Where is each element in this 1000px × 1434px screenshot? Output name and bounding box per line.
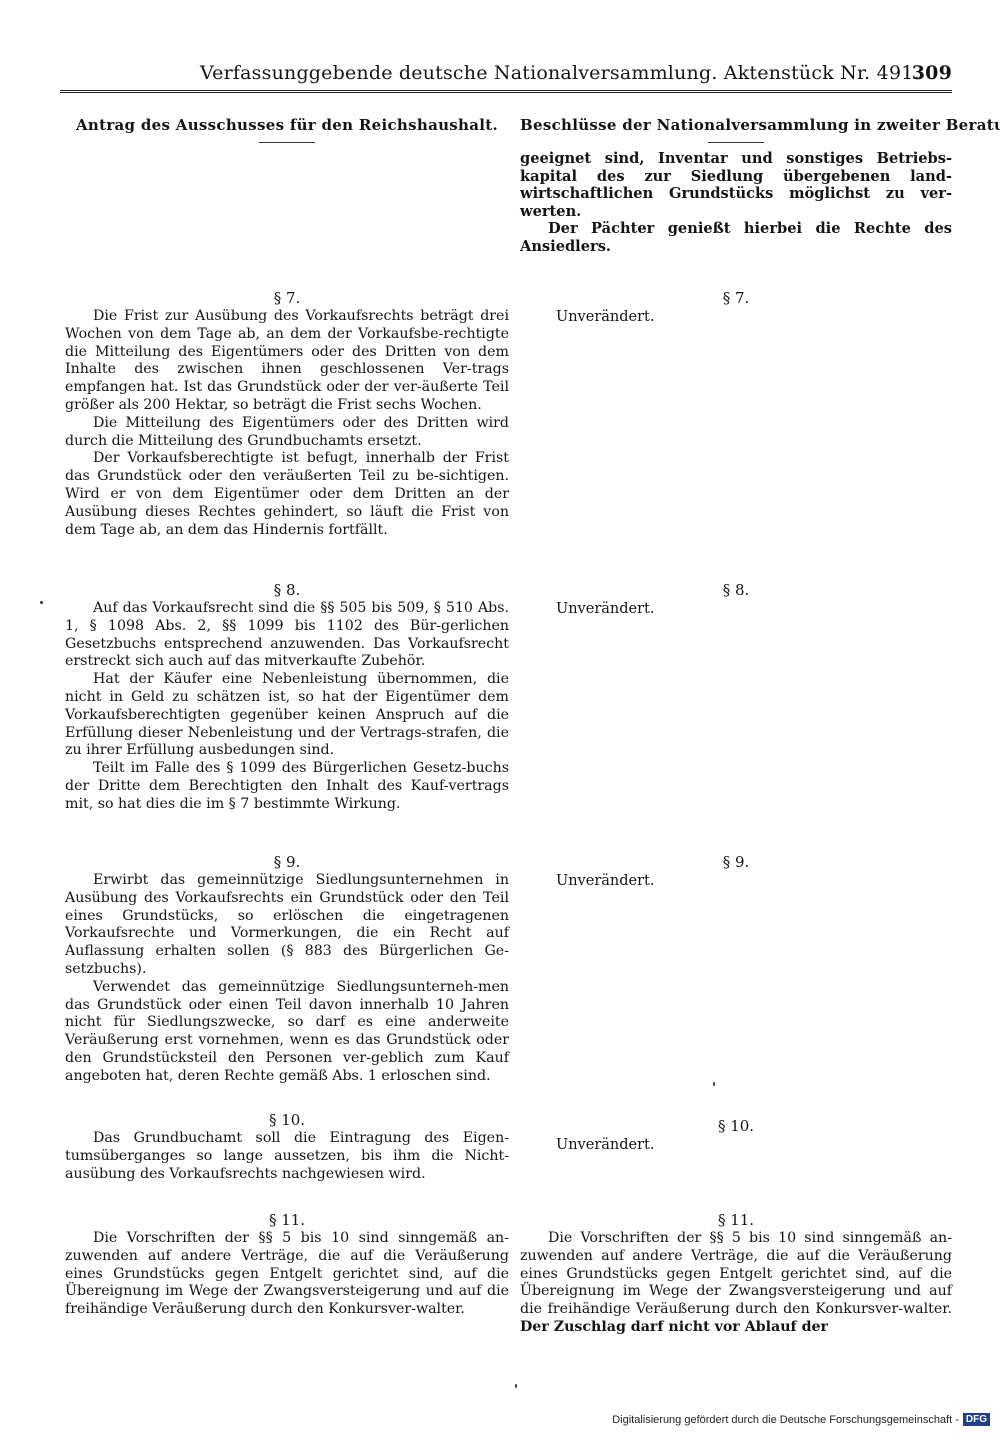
unchanged-note: Unverändert. bbox=[556, 1136, 952, 1154]
section-9-right: § 9. Unverändert. bbox=[520, 852, 952, 890]
paragraph: Teilt im Falle des § 1099 des Bürgerlich… bbox=[65, 760, 509, 813]
header-rule bbox=[60, 90, 952, 95]
paragraph: Auf das Vorkaufsrecht sind die §§ 505 bi… bbox=[65, 600, 509, 671]
section-title: § 9. bbox=[65, 852, 509, 872]
section-8-right: § 8. Unverändert. bbox=[520, 580, 952, 618]
paragraph: Die Vorschriften der §§ 5 bis 10 sind si… bbox=[65, 1230, 509, 1319]
page-number: 309 bbox=[912, 62, 952, 84]
unchanged-note: Unverändert. bbox=[556, 872, 952, 890]
footer-credit: Digitalisierung gefördert durch die Deut… bbox=[612, 1413, 990, 1426]
paragraph: Hat der Käufer eine Nebenleistung überno… bbox=[65, 671, 509, 760]
section-title: § 7. bbox=[520, 288, 952, 308]
scan-speck bbox=[40, 601, 43, 604]
paragraph: Erwirbt das gemeinnützige Siedlungsunter… bbox=[65, 872, 509, 979]
heading-rule bbox=[708, 142, 764, 143]
paragraph: Verwendet das gemeinnützige Siedlungsunt… bbox=[65, 979, 509, 1086]
section-title: § 10. bbox=[65, 1110, 509, 1130]
running-head: Verfassunggebende deutsche Nationalversa… bbox=[200, 62, 952, 88]
section-title: § 11. bbox=[520, 1210, 952, 1230]
section-10-right: § 10. Unverändert. bbox=[520, 1116, 952, 1154]
paragraph: Das Grundbuchamt soll die Eintragung des… bbox=[65, 1130, 509, 1183]
section-title: § 10. bbox=[520, 1116, 952, 1136]
section-8-left: § 8. Auf das Vorkaufsrecht sind die §§ 5… bbox=[65, 580, 509, 814]
section-title: § 8. bbox=[520, 580, 952, 600]
section-title: § 8. bbox=[65, 580, 509, 600]
scan-speck bbox=[713, 1082, 715, 1086]
right-column-heading: Beschlüsse der Nationalversammlung in zw… bbox=[520, 116, 952, 134]
heading-rule bbox=[259, 142, 315, 143]
section-11-left: § 11. Die Vorschriften der §§ 5 bis 10 s… bbox=[65, 1210, 509, 1319]
section-title: § 11. bbox=[65, 1210, 509, 1230]
paragraph: geeignet sind, Inventar und sonstiges Be… bbox=[520, 150, 952, 220]
section-7-right: § 7. Unverändert. bbox=[520, 288, 952, 326]
bold-addition: Der Zuschlag darf nicht vor Ablauf der bbox=[520, 1319, 828, 1335]
section-11-right: § 11. Die Vorschriften der §§ 5 bis 10 s… bbox=[520, 1210, 952, 1337]
scan-speck bbox=[515, 1384, 517, 1388]
paragraph: Die Mitteilung des Eigentümers oder des … bbox=[65, 415, 509, 451]
paragraph: Die Vorschriften der §§ 5 bis 10 sind si… bbox=[520, 1230, 952, 1337]
carryover-text: geeignet sind, Inventar und sonstiges Be… bbox=[520, 150, 952, 255]
dfg-logo: DFG bbox=[963, 1413, 990, 1426]
section-title: § 9. bbox=[520, 852, 952, 872]
section-9-left: § 9. Erwirbt das gemeinnützige Siedlungs… bbox=[65, 852, 509, 1086]
unchanged-note: Unverändert. bbox=[556, 308, 952, 326]
running-title: Verfassunggebende deutsche Nationalversa… bbox=[200, 62, 920, 84]
left-column-heading: Antrag des Ausschusses für den Reichshau… bbox=[65, 116, 509, 134]
section-10-left: § 10. Das Grundbuchamt soll die Eintragu… bbox=[65, 1110, 509, 1183]
credit-text: Digitalisierung gefördert durch die Deut… bbox=[612, 1414, 959, 1426]
paragraph: Der Vorkaufsberechtigte ist befugt, inne… bbox=[65, 450, 509, 539]
section-title: § 7. bbox=[65, 288, 509, 308]
left-column: Antrag des Ausschusses für den Reichshau… bbox=[65, 110, 509, 143]
paragraph: Die Frist zur Ausübung des Vorkaufsrecht… bbox=[65, 308, 509, 415]
right-column: Beschlüsse der Nationalversammlung in zw… bbox=[520, 110, 952, 143]
unchanged-note: Unverändert. bbox=[556, 600, 952, 618]
paragraph-text: Die Vorschriften der §§ 5 bis 10 sind si… bbox=[520, 1230, 952, 1317]
section-7-left: § 7. Die Frist zur Ausübung des Vorkaufs… bbox=[65, 288, 509, 539]
paragraph: Der Pächter genießt hierbei die Rechte d… bbox=[520, 220, 952, 255]
